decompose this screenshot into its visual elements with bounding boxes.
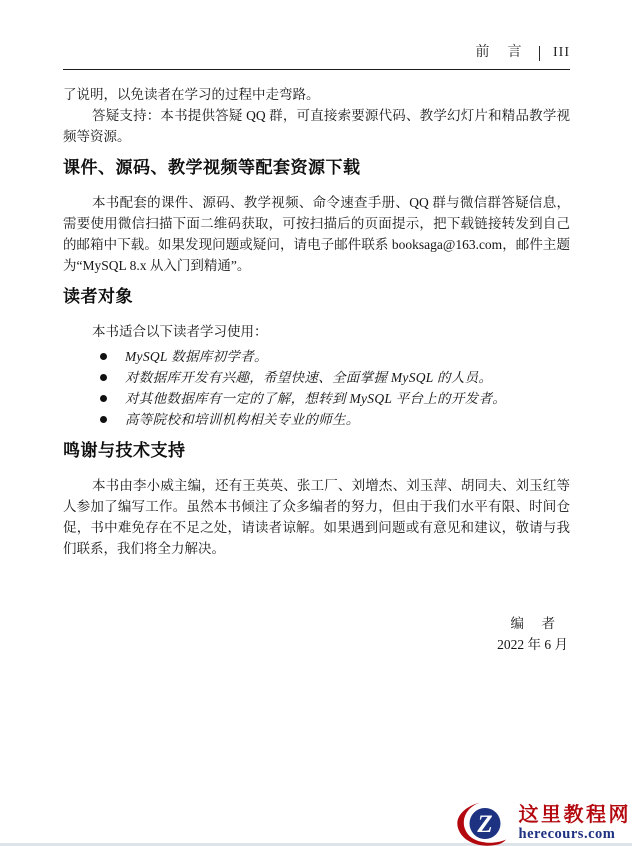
section-heading-downloads: 课件、源码、教学视频等配套资源下载 (63, 157, 570, 179)
list-item-text: 高等院校和培训机构相关专业的师生。 (125, 409, 360, 430)
signature-block: 编 者 2022 年 6 月 (63, 613, 570, 655)
bullet-icon (100, 416, 107, 423)
preface-page: 前 言 III 了说明，以免读者在学习的过程中走弯路。 答疑支持：本书提供答疑 … (0, 0, 632, 846)
audience-lead: 本书适合以下读者学习使用： (63, 321, 570, 342)
z-orbit-logo-icon: Z (456, 802, 512, 846)
audience-list: MySQL 数据库初学者。 对数据库开发有兴趣，希望快速、全面掌握 MySQL … (63, 346, 570, 430)
list-item: 对其他数据库有一定的了解，想转到 MySQL 平台上的开发者。 (63, 388, 570, 409)
list-item-text: 对其他数据库有一定的了解，想转到 MySQL 平台上的开发者。 (125, 388, 506, 409)
bullet-icon (100, 395, 107, 402)
list-item: MySQL 数据库初学者。 (63, 346, 570, 367)
signature-author: 编 者 (63, 613, 570, 634)
chapter-title: 前 言 (476, 45, 524, 61)
site-watermark: Z 这里教程网 herecours.com (456, 802, 632, 846)
watermark-text: 这里教程网 herecours.com (519, 804, 632, 845)
acknowledgements-paragraph: 本书由李小威主编，还有王英英、张工厂、刘增杰、刘玉萍、胡同夫、刘玉红等人参加了编… (63, 475, 570, 559)
svg-text:Z: Z (476, 811, 492, 838)
list-item-text: 对数据库开发有兴趣，希望快速、全面掌握 MySQL 的人员。 (125, 367, 492, 388)
header-divider (539, 46, 541, 61)
bullet-icon (100, 374, 107, 381)
page-number: III (553, 45, 570, 61)
section-heading-audience: 读者对象 (63, 286, 570, 308)
intro-support-line: 答疑支持：本书提供答疑 QQ 群，可直接索要源代码、教学幻灯片和精品教学视频等资… (63, 105, 570, 147)
watermark-site-name: 这里教程网 (519, 804, 632, 826)
list-item: 对数据库开发有兴趣，希望快速、全面掌握 MySQL 的人员。 (63, 367, 570, 388)
list-item: 高等院校和培训机构相关专业的师生。 (63, 409, 570, 430)
signature-date: 2022 年 6 月 (63, 634, 570, 655)
section-heading-acknowledgements: 鸣谢与技术支持 (63, 440, 570, 462)
list-item-text: MySQL 数据库初学者。 (125, 346, 268, 367)
watermark-site-url: herecours.com (519, 826, 616, 843)
page-header: 前 言 III (63, 0, 570, 70)
intro-continuation-line: 了说明，以免读者在学习的过程中走弯路。 (63, 84, 570, 105)
downloads-paragraph: 本书配套的课件、源码、教学视频、命令速查手册、QQ 群与微信群答疑信息，需要使用… (63, 192, 570, 276)
bullet-icon (100, 353, 107, 360)
